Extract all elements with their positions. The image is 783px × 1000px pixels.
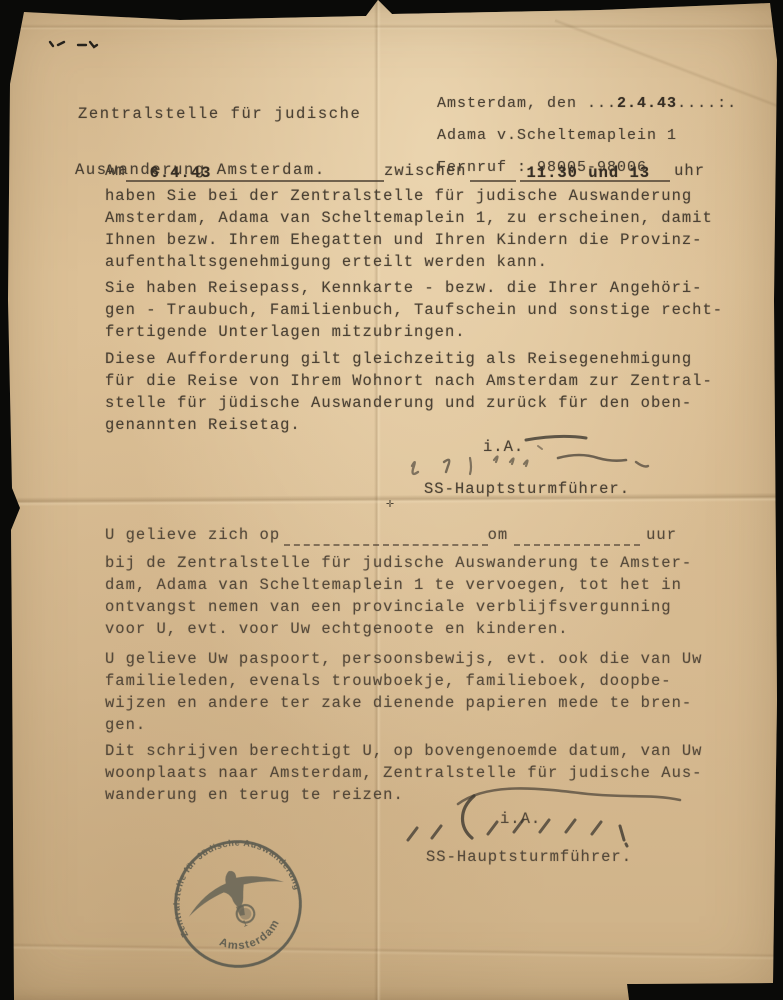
date-dots-post: ....:. [677, 95, 737, 112]
appt-zwischen-label: zwischen [384, 160, 466, 182]
document-paper: Zentralstelle für judische Auswanderung … [0, 0, 783, 1000]
date-dots-pre: ... [577, 95, 617, 112]
appt-time-value: 11.30 und 13 [520, 162, 656, 182]
appt-am-label: Am [105, 160, 126, 182]
appt-date-value: 6.4.43 [150, 164, 212, 182]
bottom-crease [0, 943, 783, 961]
date-place: Amsterdam, den [437, 95, 577, 112]
signature-title-dutch: SS-Hauptsturmführer. [426, 846, 632, 868]
signature-title-german: SS-Hauptsturmführer. [424, 478, 630, 500]
appt-date-blank-dutch [284, 526, 487, 546]
dutch-paragraph-1: bij de Zentralstelle für judische Auswan… [105, 552, 692, 640]
scan-background: Zentralstelle für judische Auswanderung … [0, 0, 783, 1000]
appointment-line-german: Am 6.4.43 zwischen 11.30 und 13 uhr [105, 160, 705, 182]
org-line-1: Zentralstelle für judische [78, 100, 361, 128]
german-paragraph-2: Sie haben Reisepass, Kennkarte - bezw. d… [105, 277, 723, 343]
top-crease [0, 24, 783, 30]
german-paragraph-1: haben Sie bei der Zentralstelle für judi… [105, 185, 713, 273]
appt-blank-3 [656, 162, 670, 182]
appt-time-blank-dutch [514, 526, 640, 546]
address-line: Adama v.Scheltemaplein 1 [437, 128, 737, 144]
date-value: 2.4.43 [617, 95, 677, 112]
date-line: Amsterdam, den ...2.4.43....:. [437, 96, 737, 112]
appointment-line-dutch: U gelieve zich op om uur [105, 524, 677, 546]
stamp-number: 1 [241, 919, 248, 929]
dutch-paragraph-2: U gelieve Uw paspoort, persoonsbewijs, e… [105, 648, 703, 736]
appt-date-blank: 6.4.43 [126, 162, 384, 182]
pencil-marks [44, 32, 164, 60]
appt-blank-2 [470, 162, 516, 182]
appt-uur-label: uur [646, 524, 677, 546]
appt-uhr-label: uhr [674, 160, 705, 182]
fold-center-mark: ✛ [386, 496, 394, 511]
appt-prefix-label: U gelieve zich op [105, 524, 280, 546]
german-paragraph-3: Diese Aufforderung gilt gleichzeitig als… [105, 348, 713, 436]
vertical-fold-crease [374, 0, 381, 1000]
zentralstelle-rubber-stamp: Zentralstelle für Jüdische Auswanderung … [139, 805, 337, 1000]
appt-om-label: om [488, 524, 509, 546]
